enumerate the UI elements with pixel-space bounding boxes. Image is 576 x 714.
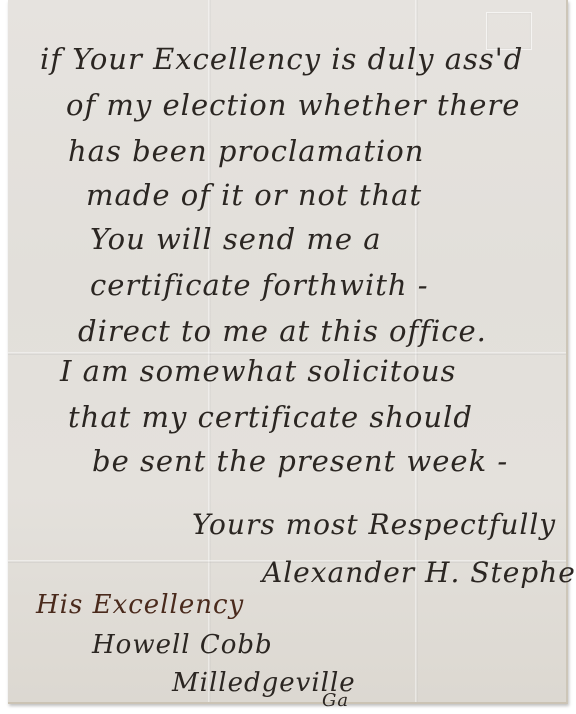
- closing: Yours most Respectfully: [192, 508, 556, 541]
- addressee-name: Howell Cobb: [92, 630, 273, 660]
- letter-line-4: made of it or not that: [86, 178, 422, 212]
- letter-line-10: be sent the present week -: [92, 444, 508, 478]
- letter-line-9: that my certificate should: [68, 400, 473, 434]
- letter-line-6: certificate forthwith -: [90, 268, 429, 302]
- addressee-title: His Excellency: [36, 590, 244, 620]
- letter-line-1: if Your Excellency is duly ass'd: [40, 42, 523, 76]
- letter-line-7: direct to me at this office.: [78, 314, 487, 348]
- signature: Alexander H. Stephens: [262, 556, 576, 589]
- letter-line-5: You will send me a: [90, 222, 382, 256]
- addressee-state: Ga: [322, 690, 349, 711]
- letter-line-2: of my election whether there: [66, 88, 520, 122]
- letter-line-8: I am somewhat solicitous: [60, 354, 456, 388]
- letter-line-3: has been proclamation: [68, 134, 424, 168]
